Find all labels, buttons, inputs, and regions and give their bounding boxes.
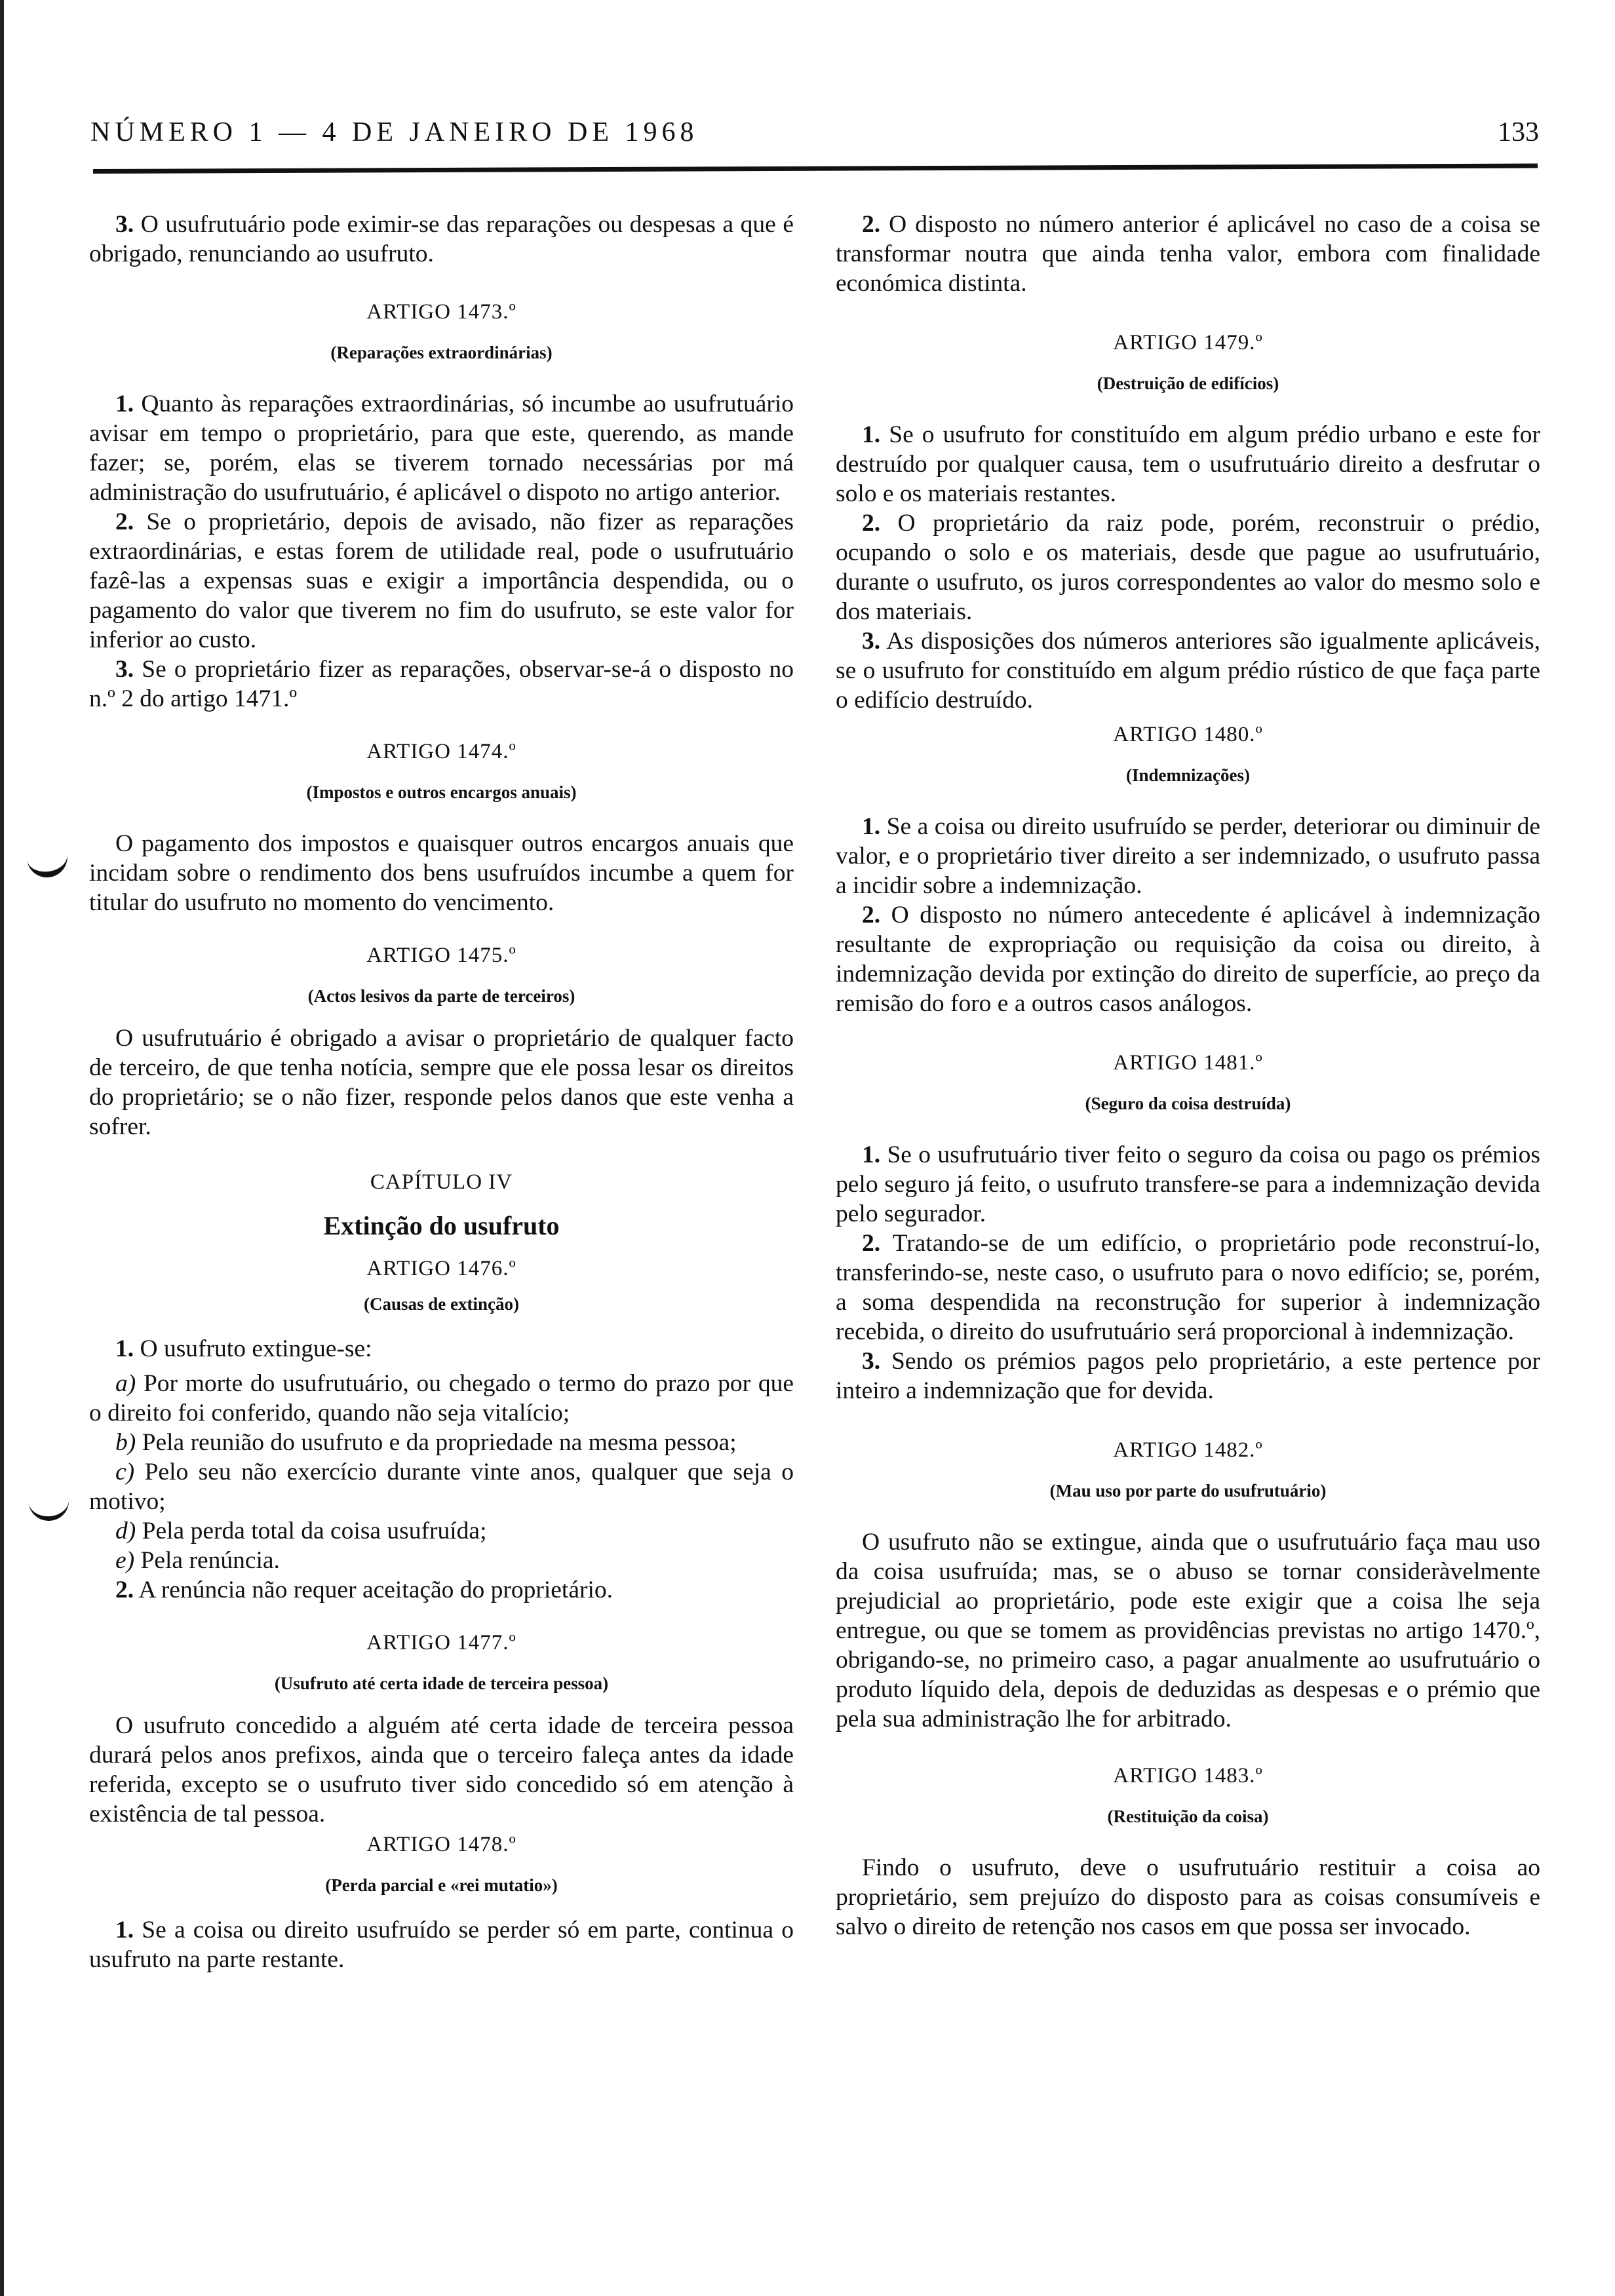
- paragraph: 2. O proprietário da raiz pode, porém, r…: [836, 508, 1540, 626]
- issue-title: NÚMERO 1 — 4 DE JANEIRO DE 1968: [90, 117, 698, 148]
- article-epigraph: (Causas de extinção): [89, 1294, 794, 1314]
- paragraph: 1. Se a coisa ou direito usufruído se pe…: [836, 812, 1540, 900]
- article-epigraph: (Reparações extraordinárias): [89, 343, 794, 363]
- alinea-a: a) Por morte do usufrutuário, ou chegado…: [89, 1369, 794, 1428]
- chapter-title: Extinção do usufruto: [89, 1210, 794, 1241]
- paragraph: 1. Se o usufruto for constituído em algu…: [836, 420, 1540, 508]
- paragraph: 2. A renúncia não requer aceitação do pr…: [89, 1575, 794, 1605]
- article-heading: ARTIGO 1474.º: [89, 740, 794, 764]
- article-heading: ARTIGO 1475.º: [89, 944, 794, 968]
- alinea-b: b) Pela reunião do usufruto e da proprie…: [89, 1428, 794, 1457]
- article-heading: ARTIGO 1483.º: [836, 1764, 1540, 1788]
- paragraph: 2. O disposto no número anterior é aplic…: [836, 210, 1540, 298]
- article-epigraph: (Actos lesivos da parte de terceiros): [89, 986, 794, 1006]
- article-heading: ARTIGO 1473.º: [89, 300, 794, 324]
- article-epigraph: (Perda parcial e «rei mutatio»): [89, 1875, 794, 1896]
- article-heading: ARTIGO 1476.º: [89, 1257, 794, 1281]
- paragraph: O usufruto concedido a alguém até certa …: [89, 1711, 794, 1829]
- article-heading: ARTIGO 1477.º: [89, 1631, 794, 1655]
- margin-check-mark-icon: [28, 1493, 71, 1522]
- paragraph: 3. O usufrutuário pode eximir-se das rep…: [89, 210, 794, 269]
- right-column: 2. O disposto no número anterior é aplic…: [836, 210, 1540, 1942]
- article-epigraph: (Impostos e outros encargos anuais): [89, 782, 794, 803]
- paragraph: Findo o usufruto, deve o usufrutuário re…: [836, 1853, 1540, 1942]
- paragraph: O pagamento dos impostos e quaisquer out…: [89, 829, 794, 917]
- alinea-c: c) Pelo seu não exercício durante vinte …: [89, 1457, 794, 1516]
- scan-page-edge: [0, 0, 4, 2296]
- margin-check-mark-icon: [26, 847, 69, 880]
- article-heading: ARTIGO 1482.º: [836, 1438, 1540, 1463]
- paragraph: 1. Quanto às reparações extraordinárias,…: [89, 389, 794, 507]
- paragraph: 3. Sendo os prémios pagos pelo proprietá…: [836, 1347, 1540, 1406]
- article-heading: ARTIGO 1480.º: [836, 723, 1540, 747]
- article-epigraph: (Restituição da coisa): [836, 1807, 1540, 1827]
- header-rule: [93, 164, 1538, 174]
- paragraph: 1. Se o usufrutuário tiver feito o segur…: [836, 1140, 1540, 1229]
- article-epigraph: (Usufruto até certa idade de terceira pe…: [89, 1674, 794, 1694]
- chapter-label: CAPÍTULO IV: [89, 1170, 794, 1195]
- page-header: NÚMERO 1 — 4 DE JANEIRO DE 1968 133: [90, 111, 1539, 157]
- left-column: 3. O usufrutuário pode eximir-se das rep…: [89, 210, 794, 1974]
- paragraph: 1. O usufruto extingue-se:: [89, 1334, 794, 1364]
- page-number: 133: [1498, 117, 1539, 148]
- paragraph: 2. Se o proprietário, depois de avisado,…: [89, 507, 794, 655]
- article-heading: ARTIGO 1478.º: [89, 1833, 794, 1857]
- article-epigraph: (Seguro da coisa destruída): [836, 1094, 1540, 1114]
- paragraph: 2. O disposto no número antecedente é ap…: [836, 900, 1540, 1018]
- paragraph: 2. Tratando-se de um edifício, o proprie…: [836, 1229, 1540, 1347]
- article-heading: ARTIGO 1479.º: [836, 331, 1540, 355]
- article-heading: ARTIGO 1481.º: [836, 1051, 1540, 1075]
- paragraph: O usufruto não se extingue, ainda que o …: [836, 1527, 1540, 1734]
- alinea-d: d) Pela perda total da coisa usufruída;: [89, 1516, 794, 1546]
- paragraph: 3. As disposições dos números anteriores…: [836, 626, 1540, 715]
- alinea-e: e) Pela renúncia.: [89, 1546, 794, 1575]
- paragraph: O usufrutuário é obrigado a avisar o pro…: [89, 1024, 794, 1141]
- article-epigraph: (Mau uso por parte do usufrutuário): [836, 1481, 1540, 1501]
- paragraph: 3. Se o proprietário fizer as reparações…: [89, 655, 794, 714]
- article-epigraph: (Indemnizações): [836, 765, 1540, 786]
- paragraph: 1. Se a coisa ou direito usufruído se pe…: [89, 1915, 794, 1974]
- article-epigraph: (Destruição de edifícios): [836, 373, 1540, 394]
